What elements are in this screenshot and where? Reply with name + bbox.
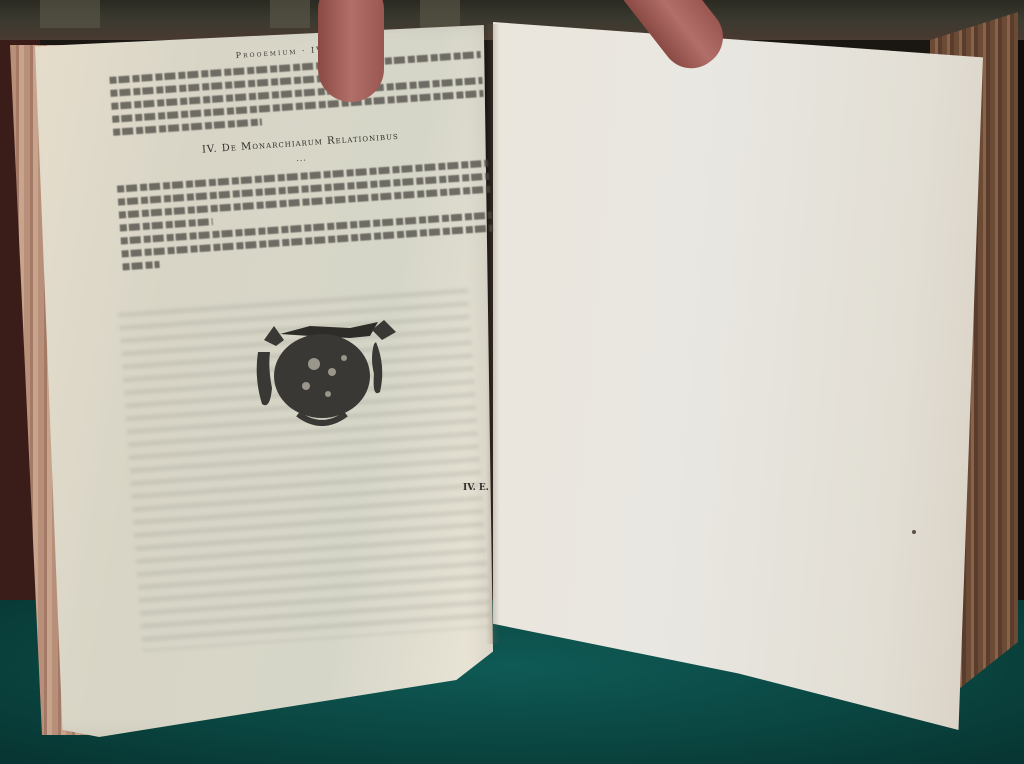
book-gutter: [486, 24, 500, 644]
woodcut-ornament-icon: [250, 318, 396, 430]
right-page-blank: [493, 22, 983, 730]
text-line: [120, 218, 213, 231]
printed-text-block: Prooemium · IV M... IV. De Monarchiarum …: [108, 32, 494, 276]
shelf-book-spine: [40, 0, 100, 28]
paper-spot: [912, 530, 916, 534]
catchword: IV. E.: [463, 483, 489, 493]
shelf-book-spine: [420, 0, 460, 28]
text-line: [122, 261, 160, 271]
shelf-book-spine: [270, 0, 310, 28]
left-finger: [318, 0, 384, 102]
